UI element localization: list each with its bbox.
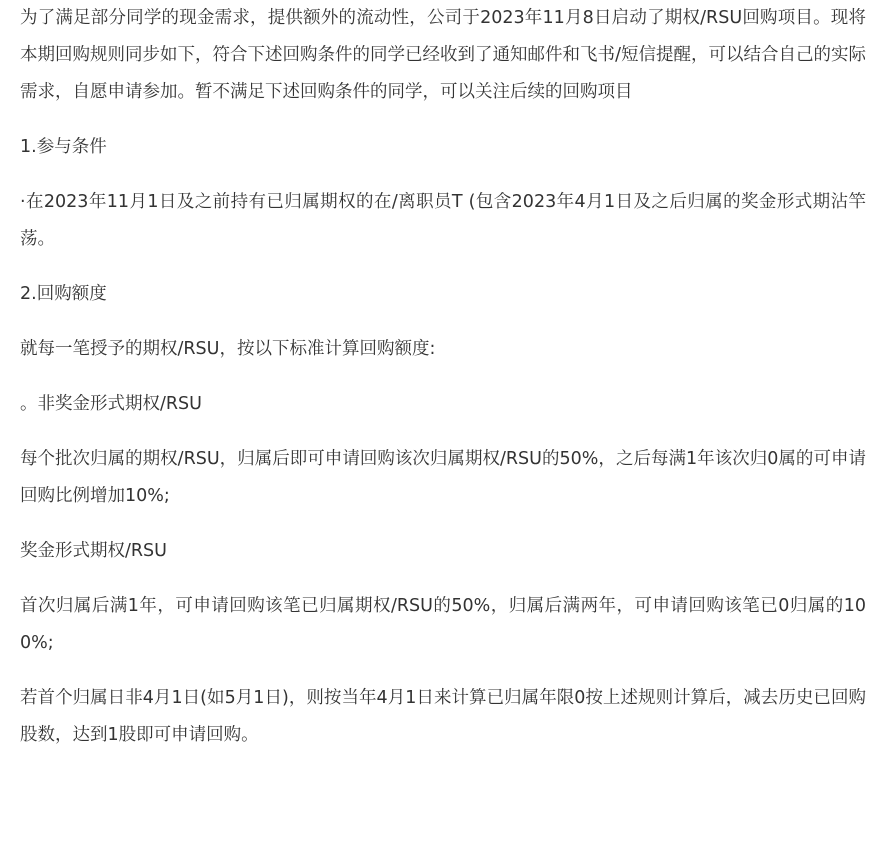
intro-paragraph: 为了满足部分同学的现金需求，提供额外的流动性，公司于2023年11月8日启动了期…: [20, 0, 866, 111]
non-bonus-rule-paragraph: 每个批次归属的期权/RSU，归属后即可申请回购该次归属期权/RSU的50%，之后…: [20, 441, 866, 515]
subheading-bonus: 奖金形式期权/RSU: [20, 533, 866, 570]
bonus-rule-paragraph: 首次归属后满1年，可申请回购该笔已归属期权/RSU的50%，归属后满两年，可申请…: [20, 588, 866, 662]
vesting-date-note-paragraph: 若首个归属日非4月1日(如5月1日)，则按当年4月1日来计算已归属年限0按上述规…: [20, 680, 866, 754]
subheading-non-bonus: 。非奖金形式期权/RSU: [20, 386, 866, 423]
quota-intro-paragraph: 就每一笔授予的期权/RSU，按以下标准计算回购额度:: [20, 331, 866, 368]
section-heading-eligibility: 1.参与条件: [20, 129, 866, 166]
article-body: 为了满足部分同学的现金需求，提供额外的流动性，公司于2023年11月8日启动了期…: [0, 0, 880, 754]
eligibility-paragraph: ·在2023年11月1日及之前持有已归属期权的在/离职员T (包含2023年4月…: [20, 184, 866, 258]
section-heading-quota: 2.回购额度: [20, 276, 866, 313]
